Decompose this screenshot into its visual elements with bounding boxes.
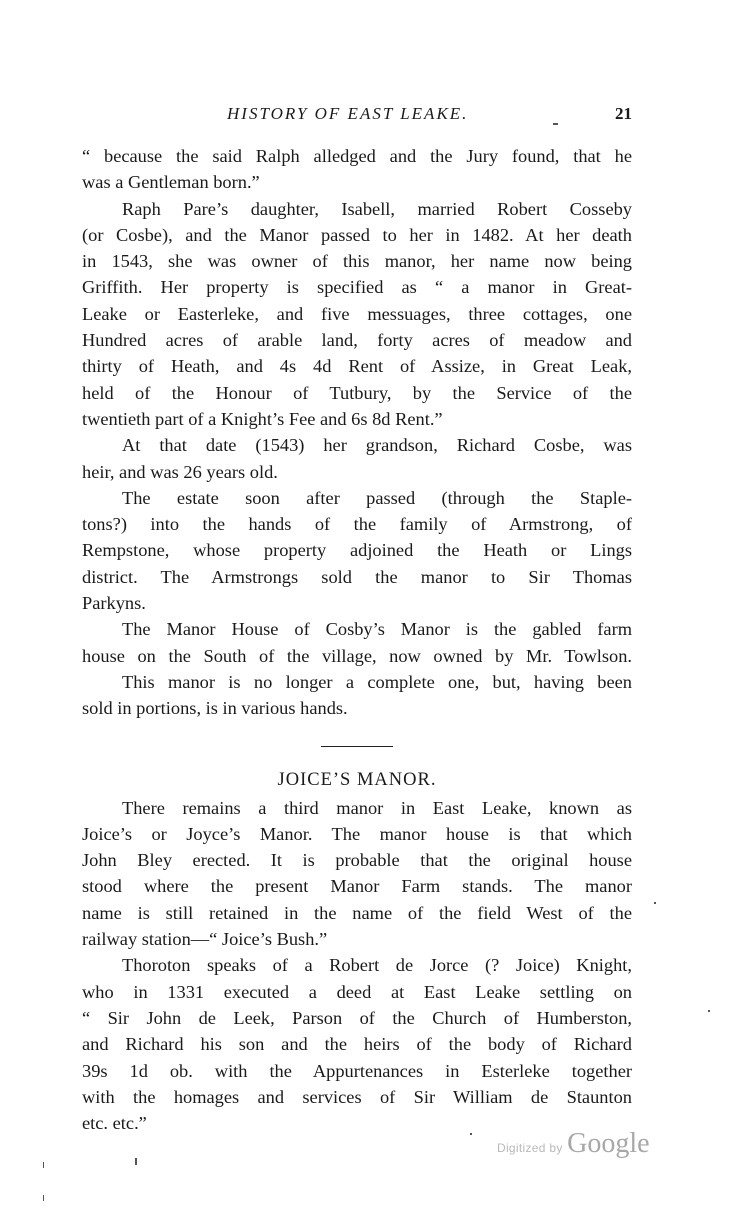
text-line: The Manor House of Cosby’s Manor is the … — [82, 616, 632, 642]
text-line: tons?) into the hands of the family of A… — [82, 511, 632, 537]
scan-speck — [470, 1133, 472, 1135]
text-line: and Richard his son and the heirs of the… — [82, 1031, 632, 1057]
page-number: 21 — [615, 104, 632, 124]
text-line: “ because the said Ralph alledged and th… — [82, 143, 632, 169]
text-line: This manor is no longer a complete one, … — [82, 669, 632, 695]
text-line: “ Sir John de Leek, Parson of the Church… — [82, 1005, 632, 1031]
text-line: in 1543, she was owner of this manor, he… — [82, 248, 632, 274]
text-line: Thoroton speaks of a Robert de Jorce (? … — [82, 952, 632, 978]
text-line: 39s 1d ob. with the Appurtenances in Est… — [82, 1058, 632, 1084]
text-line: twentieth part of a Knight’s Fee and 6s … — [82, 406, 632, 432]
scan-speck — [135, 1158, 137, 1165]
scan-speck — [43, 1162, 44, 1168]
paragraph: There remains a third manor in East Leak… — [82, 795, 632, 953]
text-line: house on the South of the village, now o… — [82, 643, 632, 669]
text-line: Parkyns. — [82, 590, 632, 616]
section-divider — [321, 746, 393, 747]
paragraph: “ because the said Ralph alledged and th… — [82, 143, 632, 196]
scan-speck — [708, 1010, 710, 1012]
text-line: district. The Armstrongs sold the manor … — [82, 564, 632, 590]
text-line: John Bley erected. It is probable that t… — [82, 847, 632, 873]
digitized-by-watermark: Digitized by Google — [497, 1128, 650, 1160]
text-line: heir, and was 26 years old. — [82, 459, 632, 485]
paragraph: Raph Pare’s daughter, Isabell, married R… — [82, 196, 632, 433]
text-line: There remains a third manor in East Leak… — [82, 795, 632, 821]
scan-speck — [654, 902, 656, 904]
text-line: was a Gentleman born.” — [82, 169, 632, 195]
paragraph: This manor is no longer a complete one, … — [82, 669, 632, 722]
paragraph: The estate soon after passed (through th… — [82, 485, 632, 616]
scan-speck — [43, 1195, 44, 1201]
section-heading: JOICE’S MANOR. — [82, 767, 632, 795]
text-line: with the homages and services of Sir Wil… — [82, 1084, 632, 1110]
text-line: Leake or Easterleke, and five messuages,… — [82, 301, 632, 327]
paragraph: Thoroton speaks of a Robert de Jorce (? … — [82, 952, 632, 1136]
watermark-prefix: Digitized by — [497, 1141, 563, 1155]
text-line: thirty of Heath, and 4s 4d Rent of Assiz… — [82, 353, 632, 379]
running-title: HISTORY OF EAST LEAKE. — [227, 104, 468, 124]
running-head: HISTORY OF EAST LEAKE. 21 — [82, 104, 632, 128]
text-line: railway station—“ Joice’s Bush.” — [82, 926, 632, 952]
text-line: held of the Honour of Tutbury, by the Se… — [82, 380, 632, 406]
text-line: Raph Pare’s daughter, Isabell, married R… — [82, 196, 632, 222]
text-line: sold in portions, is in various hands. — [82, 695, 632, 721]
text-line: name is still retained in the name of th… — [82, 900, 632, 926]
text-line: Joice’s or Joyce’s Manor. The manor hous… — [82, 821, 632, 847]
text-line: (or Cosbe), and the Manor passed to her … — [82, 222, 632, 248]
text-line: The estate soon after passed (through th… — [82, 485, 632, 511]
scan-speck — [553, 123, 558, 125]
body-text: “ because the said Ralph alledged and th… — [82, 143, 632, 1136]
google-logo-text: Google — [567, 1128, 649, 1159]
text-line: Hundred acres of arable land, forty acre… — [82, 327, 632, 353]
text-line: who in 1331 executed a deed at East Leak… — [82, 979, 632, 1005]
text-line: Griffith. Her property is specified as “… — [82, 274, 632, 300]
paragraph: The Manor House of Cosby’s Manor is the … — [82, 616, 632, 669]
text-line: At that date (1543) her grandson, Richar… — [82, 432, 632, 458]
book-page: HISTORY OF EAST LEAKE. 21 “ because the … — [0, 0, 754, 1217]
text-line: Rempstone, whose property adjoined the H… — [82, 537, 632, 563]
text-line: stood where the present Manor Farm stand… — [82, 873, 632, 899]
paragraph: At that date (1543) her grandson, Richar… — [82, 432, 632, 485]
